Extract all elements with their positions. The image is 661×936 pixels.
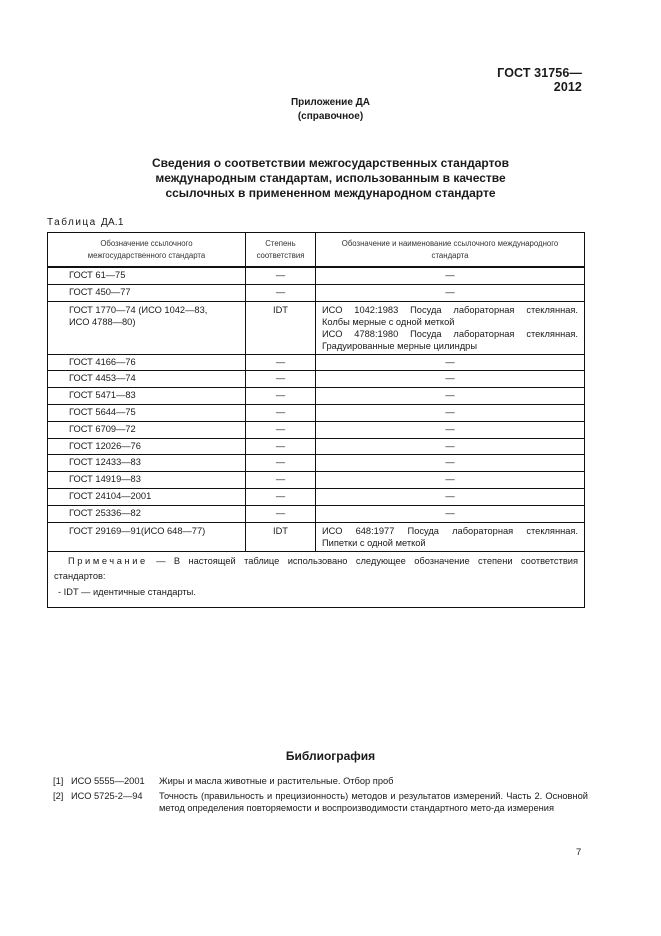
intl-cell: — [316,488,585,505]
page-number: 7 [576,847,581,858]
table-row: ГОСТ 12433—83 — — [48,455,585,472]
section-title: Сведения о соответствии межгосударственн… [0,156,661,201]
standard-text: ГОСТ 1770—74 (ИСО 1042—83, [69,304,245,316]
header-international-standard: Обозначение и наименование ссылочного ме… [316,233,585,268]
degree-cell: — [246,472,316,489]
standard-cell: ГОСТ 5471—83 [48,388,246,405]
header-text: соответствия [250,250,311,262]
standard-cell: ГОСТ 5644—75 [48,404,246,421]
intl-cell: — [316,284,585,301]
bibliography-list: [1] ИСО 5555—2001 Жиры и масла животные … [53,775,588,817]
intl-cell: — [316,404,585,421]
intl-cell: — [316,472,585,489]
bibliography-title: Библиография [0,749,661,763]
degree-cell: IDT [246,522,316,551]
appendix-subtitle: (справочное) [0,110,661,124]
header-text: Обозначение и наименование ссылочного ме… [320,238,580,250]
intl-cell: — [316,505,585,522]
conformity-table: Обозначение ссылочного межгосударственно… [47,232,585,608]
standard-cell: ГОСТ 4166—76 [48,354,246,371]
bib-title: Жиры и масла животные и растительные. От… [159,775,588,787]
intl-cell: — [316,388,585,405]
degree-cell: — [246,284,316,301]
table-row: ГОСТ 12026—76 — — [48,438,585,455]
standard-cell: ГОСТ 4453—74 [48,371,246,388]
bibliography-entry: [1] ИСО 5555—2001 Жиры и масла животные … [53,775,588,787]
standard-cell: ГОСТ 1770—74 (ИСО 1042—83, ИСО 4788—80) [48,301,246,354]
standard-cell: ГОСТ 29169—91(ИСО 648—77) [48,522,246,551]
section-title-line: Сведения о соответствии межгосударственн… [0,156,661,171]
table-row: ГОСТ 4453—74 — — [48,371,585,388]
table-note: Примечание — В настоящей таблице использ… [48,551,585,607]
intl-cell: — [316,455,585,472]
intl-text: Колбы мерные с одной меткой [322,316,578,328]
intl-cell: ИСО 648:1977 Посуда лабораторная стеклян… [316,522,585,551]
intl-cell: — [316,267,585,284]
intl-cell: ИСО 1042:1983 Посуда лабораторная стекля… [316,301,585,354]
intl-cell: — [316,438,585,455]
degree-cell: — [246,267,316,284]
section-title-line: международным стандартам, использованным… [0,171,661,186]
table-note-row: Примечание — В настоящей таблице использ… [48,551,585,607]
appendix-heading: Приложение ДА (справочное) [0,96,661,124]
standard-text: ИСО 4788—80) [69,316,245,328]
table-row: ГОСТ 1770—74 (ИСО 1042—83, ИСО 4788—80) … [48,301,585,354]
note-item: - IDT — идентичные стандарты. [54,585,578,601]
table-row: ГОСТ 25336—82 — — [48,505,585,522]
table-row: ГОСТ 4166—76 — — [48,354,585,371]
header-text: Обозначение ссылочного [52,238,241,250]
header-text: стандарта [320,250,580,262]
degree-cell: — [246,354,316,371]
appendix-title: Приложение ДА [0,96,661,110]
header-referenced-standard: Обозначение ссылочного межгосударственно… [48,233,246,268]
table-row: ГОСТ 61—75 — — [48,267,585,284]
table-row: ГОСТ 5471—83 — — [48,388,585,405]
standard-cell: ГОСТ 12026—76 [48,438,246,455]
standard-cell: ГОСТ 61—75 [48,267,246,284]
bib-number: [1] [53,775,71,787]
table-caption: Таблица ДА.1 [47,217,124,228]
table-row: ГОСТ 14919—83 — — [48,472,585,489]
standard-cell: ГОСТ 14919—83 [48,472,246,489]
degree-cell: IDT [246,301,316,354]
document-code: ГОСТ 31756—2012 [470,66,582,94]
degree-cell: — [246,438,316,455]
bibliography-entry: [2] ИСО 5725-2—94 Точность (правильность… [53,790,588,814]
section-title-line: ссылочных в примененном международном ст… [0,186,661,201]
table-row: ГОСТ 29169—91(ИСО 648—77) IDT ИСО 648:19… [48,522,585,551]
standard-cell: ГОСТ 24104—2001 [48,488,246,505]
standard-cell: ГОСТ 25336—82 [48,505,246,522]
degree-cell: — [246,488,316,505]
degree-cell: — [246,455,316,472]
table-caption-word: Таблица [47,217,97,228]
degree-cell: — [246,421,316,438]
standard-cell: ГОСТ 450—77 [48,284,246,301]
bib-code: ИСО 5555—2001 [71,775,159,787]
intl-text: ИСО 1042:1983 Посуда лабораторная стекля… [322,304,578,316]
degree-cell: — [246,505,316,522]
intl-text: ИСО 648:1977 Посуда лабораторная стеклян… [322,525,578,537]
intl-cell: — [316,421,585,438]
table-caption-number: ДА.1 [101,217,124,228]
note-label: Примечание [68,556,148,566]
bib-title: Точность (правильность и прецизионность)… [159,790,588,814]
table-row: ГОСТ 5644—75 — — [48,404,585,421]
header-text: Степень [250,238,311,250]
standard-cell: ГОСТ 12433—83 [48,455,246,472]
table-row: ГОСТ 450—77 — — [48,284,585,301]
bib-number: [2] [53,790,71,814]
intl-cell: — [316,371,585,388]
header-degree: Степень соответствия [246,233,316,268]
table-row: ГОСТ 6709—72 — — [48,421,585,438]
intl-text: ИСО 4788:1980 Посуда лабораторная стекля… [322,328,578,340]
standard-cell: ГОСТ 6709—72 [48,421,246,438]
intl-text: Пипетки с одной меткой [322,537,578,549]
intl-text: Градуированные мерные цилиндры [322,340,578,352]
degree-cell: — [246,404,316,421]
header-text: межгосударственного стандарта [52,250,241,262]
bib-code: ИСО 5725-2—94 [71,790,159,814]
degree-cell: — [246,371,316,388]
intl-cell: — [316,354,585,371]
table-header-row: Обозначение ссылочного межгосударственно… [48,233,585,268]
table-row: ГОСТ 24104—2001 — — [48,488,585,505]
degree-cell: — [246,388,316,405]
